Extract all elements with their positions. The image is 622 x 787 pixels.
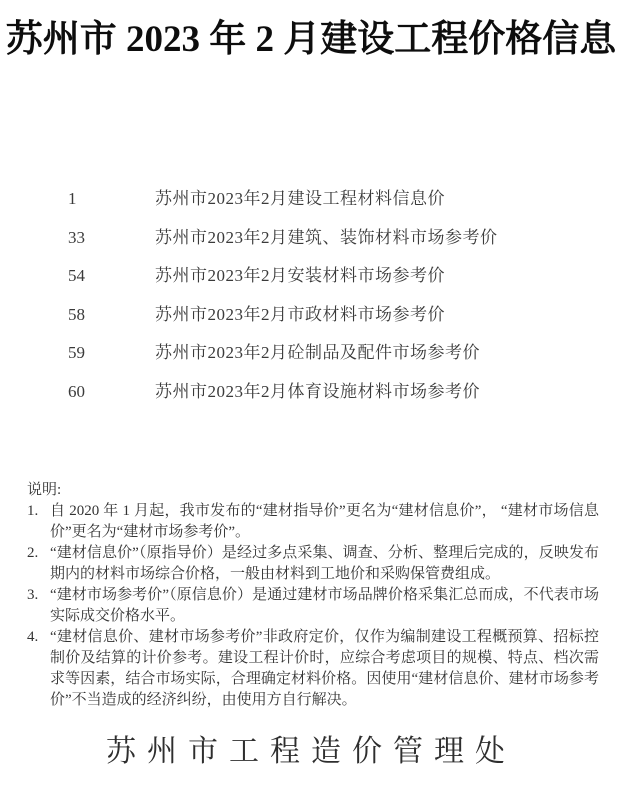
notes-section: 说明: 1. 自 2020 年 1 月起，我市发布的“建材指导价”更名为“建材信… (27, 480, 599, 711)
note-text: “建材信息价、建材市场参考价”非政府定价，仅作为编制建设工程概预算、招标控制价及… (50, 627, 599, 711)
toc-page-number: 60 (68, 382, 155, 402)
note-text: “建材市场参考价”（原信息价）是通过建材市场品牌价格采集汇总而成，不代表市场实际… (50, 585, 599, 627)
table-of-contents: 1 苏州市2023年2月建设工程材料信息价 33 苏州市2023年2月建筑、装饰… (68, 184, 582, 415)
toc-entry-title: 苏州市2023年2月建筑、装饰材料市场参考价 (155, 223, 582, 248)
toc-entry: 1 苏州市2023年2月建设工程材料信息价 (68, 184, 582, 223)
note-text: “建材信息价”（原指导价）是经过多点采集、调查、分析、整理后完成的，反映发布期内… (50, 543, 599, 585)
document-page: 苏州市 2023 年 2 月建设工程价格信息 1 苏州市2023年2月建设工程材… (0, 0, 622, 787)
toc-page-number: 1 (68, 189, 155, 209)
note-item: 1. 自 2020 年 1 月起，我市发布的“建材指导价”更名为“建材信息价”，… (27, 501, 599, 543)
note-number: 2. (27, 543, 50, 564)
toc-entry: 59 苏州市2023年2月砼制品及配件市场参考价 (68, 338, 582, 377)
toc-entry-title: 苏州市2023年2月建设工程材料信息价 (155, 184, 582, 209)
toc-page-number: 58 (68, 305, 155, 325)
note-number: 3. (27, 585, 50, 606)
toc-entry-title: 苏州市2023年2月安装材料市场参考价 (155, 261, 582, 286)
note-item: 4. “建材信息价、建材市场参考价”非政府定价，仅作为编制建设工程概预算、招标控… (27, 627, 599, 711)
toc-entry: 58 苏州市2023年2月市政材料市场参考价 (68, 300, 582, 339)
toc-page-number: 54 (68, 266, 155, 286)
note-item: 3. “建材市场参考价”（原信息价）是通过建材市场品牌价格采集汇总而成，不代表市… (27, 585, 599, 627)
publisher-name: 苏州市工程造价管理处 (0, 726, 622, 770)
page-title: 苏州市 2023 年 2 月建设工程价格信息 (0, 8, 622, 62)
note-text: 自 2020 年 1 月起，我市发布的“建材指导价”更名为“建材信息价”， “建… (50, 501, 599, 543)
notes-heading: 说明: (27, 480, 599, 501)
toc-entry-title: 苏州市2023年2月砼制品及配件市场参考价 (155, 338, 582, 363)
note-number: 4. (27, 627, 50, 648)
toc-page-number: 33 (68, 228, 155, 248)
toc-entry-title: 苏州市2023年2月市政材料市场参考价 (155, 300, 582, 325)
note-number: 1. (27, 501, 50, 522)
toc-entry: 60 苏州市2023年2月体育设施材料市场参考价 (68, 377, 582, 416)
toc-page-number: 59 (68, 343, 155, 363)
note-item: 2. “建材信息价”（原指导价）是经过多点采集、调查、分析、整理后完成的，反映发… (27, 543, 599, 585)
toc-entry: 54 苏州市2023年2月安装材料市场参考价 (68, 261, 582, 300)
toc-entry: 33 苏州市2023年2月建筑、装饰材料市场参考价 (68, 223, 582, 262)
toc-entry-title: 苏州市2023年2月体育设施材料市场参考价 (155, 377, 582, 402)
